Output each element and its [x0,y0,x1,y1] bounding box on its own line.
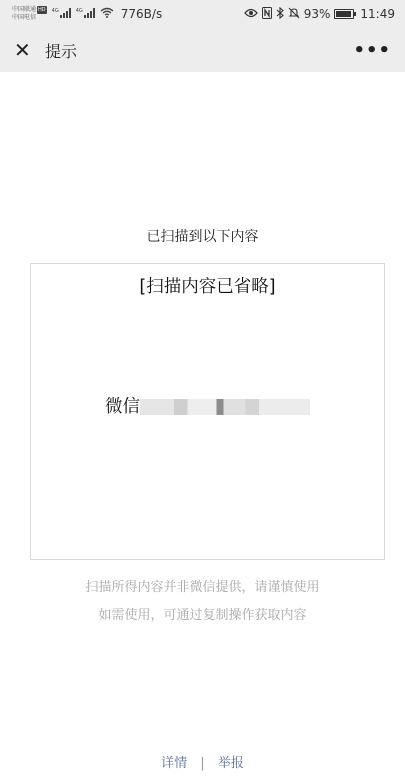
battery-percent: 93% [304,7,331,21]
carrier-1-label: 中国联通 [12,6,36,13]
more-options-button[interactable]: ••• [353,40,391,61]
signal-2: 4G [76,8,95,21]
signal-bars-icon [84,8,95,18]
notice-line-1: 扫描所得内容并非微信提供，请谨慎使用 [0,574,405,602]
content-line [41,482,374,512]
link-separator: | [200,756,204,771]
content-line [41,422,374,452]
scan-result-label: 已扫描到以下内容 [0,226,405,246]
content-line-wechat: 微信 [41,392,374,422]
mute-icon [288,7,300,22]
battery-icon [334,9,356,19]
wifi-icon [100,7,114,21]
carrier-1: 中国联通HD [12,6,47,14]
report-link[interactable]: 举报 [218,756,244,771]
clock: 11:49 [360,7,395,21]
network-1-tag: 4G [52,8,59,14]
wechat-label: 微信 [105,397,140,417]
signal-bars-icon [60,8,71,18]
notice-line-2: 如需使用，可通过复制操作获取内容 [0,602,405,630]
status-bar-left: 中国联通HD 中国电信 4G 4G 776B/s [12,6,162,22]
content-line [41,452,374,482]
carrier-info: 中国联通HD 中国电信 [12,6,47,22]
scanned-content-box: [扫描内容已省略] 微信 [30,263,385,560]
content-line [41,302,374,332]
eye-icon [244,8,258,21]
status-bar-right: 93% 11:49 [244,7,395,22]
nav-bar: ✕ 提示 ••• [0,28,405,72]
disclaimer-notice: 扫描所得内容并非微信提供，请谨慎使用 如需使用，可通过复制操作获取内容 [0,574,405,630]
bluetooth-icon [276,7,284,22]
nfc-icon [262,7,272,22]
close-icon[interactable]: ✕ [14,40,36,60]
footer-links: 详情 | 举报 [0,752,405,771]
signal-1: 4G [52,8,71,21]
hd-badge: HD [37,6,47,14]
redacted-id-block [140,399,310,415]
page-title: 提示 [45,39,77,62]
carrier-2: 中国电信 [12,14,47,22]
content-line [41,332,374,362]
content-line [41,362,374,392]
content-line: [扫描内容已省略] [41,272,374,302]
content-line [41,512,374,542]
network-speed: 776B/s [121,7,162,21]
network-2-tag: 4G [76,8,83,14]
details-link[interactable]: 详情 [161,756,187,771]
status-bar: 中国联通HD 中国电信 4G 4G 776B/s 93% 11:49 [0,0,405,28]
